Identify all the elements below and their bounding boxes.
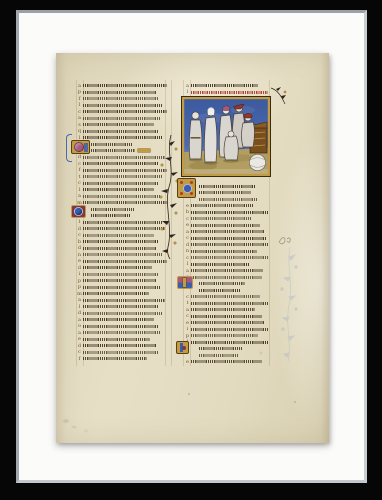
script-stroke-run: [83, 260, 167, 263]
illuminated-initial: [71, 140, 90, 154]
script-stroke-run: [83, 195, 161, 198]
line-initial-letter: e: [184, 359, 191, 366]
script-stroke-run: [199, 289, 240, 292]
script-stroke-run: [191, 360, 262, 363]
rubric-line: l: [184, 89, 268, 96]
right-column-lines: ebceacdnclaectaceiple: [184, 183, 268, 365]
script-stroke-run: [83, 338, 150, 341]
script-stroke-run: [191, 321, 265, 324]
script-stroke-run: [83, 130, 159, 133]
script-stroke-run: [83, 84, 167, 87]
illuminated-initial: [71, 205, 86, 218]
initial-ornament: [190, 181, 193, 184]
manuscript-leaf: apflcasqldcftclamldcbdnedippmaldaoaedcf …: [56, 53, 329, 443]
right-column-header: al: [184, 83, 268, 96]
script-stroke-run: [83, 110, 167, 113]
script-stroke-run: [83, 312, 163, 315]
script-stroke-run: [191, 91, 268, 94]
initial-ornament: [182, 346, 186, 350]
illuminated-initial: [176, 341, 189, 354]
script-stroke-run: [191, 328, 268, 331]
script-stroke-run: [199, 185, 256, 188]
text-line: e: [184, 359, 268, 366]
initial-letter-ornament: [74, 142, 84, 152]
script-stroke-run: [199, 191, 251, 194]
script-stroke-run: [83, 162, 158, 165]
script-stroke-run: [191, 295, 260, 298]
initial-ornament: [84, 143, 88, 152]
script-stroke-run: [191, 224, 260, 227]
script-stroke-run: [83, 156, 165, 159]
script-stroke-run: [91, 214, 131, 217]
script-stroke-run: [191, 315, 262, 318]
script-stroke-run: [191, 243, 268, 246]
script-stroke-run: [83, 182, 159, 185]
ivy-spray-penwork: [270, 86, 288, 106]
script-stroke-run: [83, 201, 167, 204]
script-stroke-run: [91, 208, 134, 211]
line-initial-letter: f: [76, 356, 83, 363]
framed-artwork-photo: apflcasqldcftclamldcbdnedippmaldaoaedcf …: [0, 0, 382, 500]
miniature-illumination: [181, 96, 271, 177]
script-stroke-run: [83, 227, 165, 230]
initial-ornament: [180, 181, 183, 184]
gold-line-filler: [138, 149, 150, 152]
left-text-column: apflcasqldcftclamldcbdnedippmaldaoaedcf: [76, 83, 167, 363]
script-stroke-run: [191, 250, 257, 253]
script-stroke-run: [191, 84, 258, 87]
script-stroke-run: [191, 276, 262, 279]
script-stroke-run: [191, 263, 250, 266]
script-stroke-run: [83, 325, 158, 328]
text-line: f: [76, 356, 167, 363]
script-stroke-run: [83, 188, 154, 191]
script-stroke-run: [83, 91, 156, 94]
script-stroke-run: [199, 354, 239, 357]
script-stroke-run: [83, 344, 156, 347]
script-stroke-run: [191, 302, 268, 305]
script-stroke-run: [83, 234, 154, 237]
script-stroke-run: [83, 253, 163, 256]
script-stroke-run: [91, 149, 135, 152]
script-stroke-run: [191, 269, 263, 272]
script-stroke-run: [191, 334, 258, 337]
script-stroke-run: [191, 341, 268, 344]
marginal-pen-mark: [279, 238, 290, 244]
initial-ornament: [190, 192, 193, 195]
script-stroke-run: [83, 117, 161, 120]
script-stroke-run: [83, 351, 159, 354]
script-stroke-run: [83, 221, 163, 224]
script-stroke-run: [83, 273, 159, 276]
illuminated-initial: [177, 276, 193, 289]
script-stroke-run: [199, 282, 245, 285]
right-text-column: al: [184, 83, 268, 366]
script-stroke-run: [83, 169, 167, 172]
line-initial-letter: l: [184, 89, 191, 96]
script-stroke-run: [191, 230, 265, 233]
bleed-through-marks: [276, 233, 306, 363]
script-stroke-run: [83, 266, 152, 269]
script-stroke-run: [199, 347, 242, 350]
script-stroke-run: [83, 175, 163, 178]
script-stroke-run: [83, 299, 165, 302]
script-stroke-run: [191, 204, 253, 207]
script-stroke-run: [191, 308, 255, 311]
script-stroke-run: [83, 240, 159, 243]
script-stroke-run: [83, 247, 156, 250]
initial-letter-ornament: [183, 278, 186, 287]
script-stroke-run: [83, 357, 147, 360]
script-stroke-run: [199, 198, 257, 201]
illuminated-initial: [177, 178, 196, 198]
script-stroke-run: [83, 292, 149, 295]
script-stroke-run: [83, 279, 156, 282]
left-column-lines: apflcasqldcftclamldcbdnedippmaldaoaedcf: [76, 83, 167, 363]
script-stroke-run: [83, 123, 154, 126]
script-stroke-run: [83, 286, 161, 289]
script-stroke-run: [83, 318, 154, 321]
initial-letter-ornament: [74, 207, 83, 216]
script-stroke-run: [83, 97, 159, 100]
script-stroke-run: [83, 104, 163, 107]
script-stroke-run: [91, 143, 133, 146]
script-stroke-run: [83, 331, 161, 334]
ruling-line: [171, 80, 172, 366]
script-stroke-run: [191, 237, 267, 240]
script-stroke-run: [191, 256, 268, 259]
script-stroke-run: [83, 305, 159, 308]
initial-ornament: [180, 192, 183, 195]
script-stroke-run: [191, 211, 268, 214]
script-stroke-run: [191, 217, 251, 220]
script-stroke-run: [83, 136, 163, 139]
